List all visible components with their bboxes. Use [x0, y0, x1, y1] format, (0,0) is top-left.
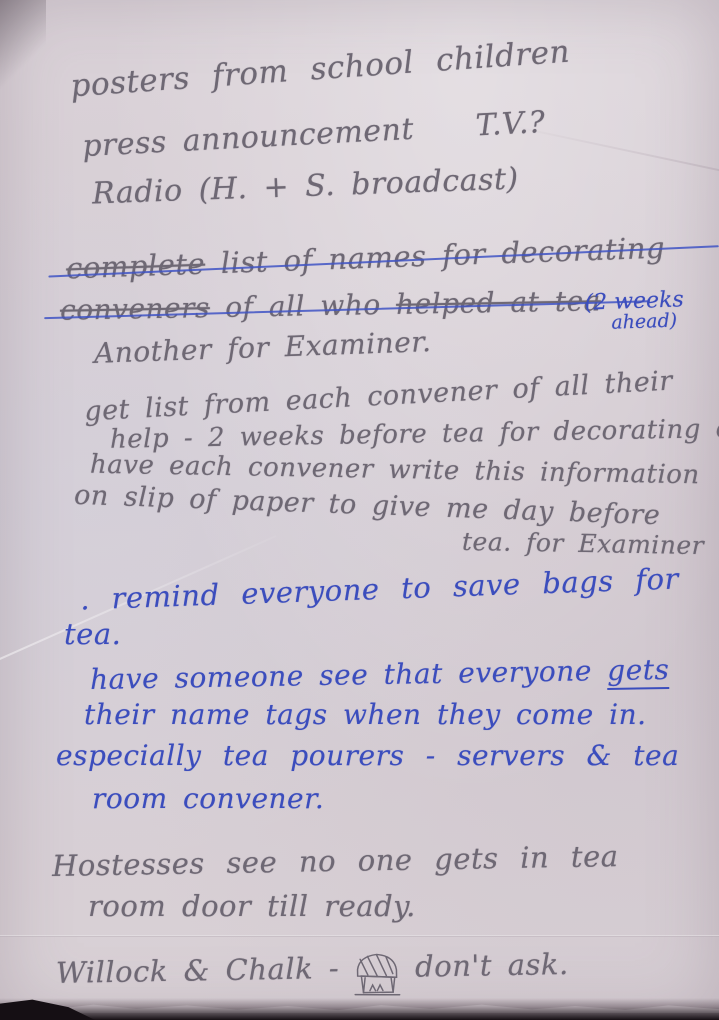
line-especially-tea-pourers: especially tea pourers - servers & tea — [56, 741, 679, 772]
words-helped-at-tea: helped at tea — [396, 284, 601, 321]
middle-text: of all who — [210, 288, 397, 324]
line-text: have someone see that everyone — [90, 654, 608, 696]
ink-strikethrough: complete list of names for decorating — [66, 233, 666, 286]
line-name-tags: their name tags when they come in. — [84, 700, 647, 731]
line-press-announcement: press announcementT.V.? — [81, 106, 546, 163]
line-complete-list-struck: complete list of names for decorating — [66, 233, 666, 286]
line-room-door: room door till ready. — [88, 891, 416, 923]
line-conveners-struck: conveners of all who helped at tea — [60, 286, 601, 326]
word-complete: complete — [66, 247, 206, 286]
line-posters: posters from school children — [69, 35, 571, 104]
line-on-slip-of-paper: on slip of paper to give me day before — [74, 481, 661, 531]
line-press-text: press announcement — [81, 112, 414, 164]
line-another-for-examiner: Another for Examiner. — [94, 327, 432, 370]
underlined-word-gets: gets — [607, 653, 670, 690]
line-tea-for-examiner: tea. for Examiner — [462, 528, 705, 560]
ink-note-line2: ahead) — [611, 311, 685, 333]
ink-strikethrough: conveners of all who helped at tea — [60, 286, 601, 326]
note-paper: posters from school children press annou… — [0, 0, 719, 1020]
dont-ask-text: don't ask. — [415, 947, 569, 984]
line-tea: tea. — [64, 619, 121, 651]
rest-of-line: list of names for decorating — [205, 231, 666, 281]
line-willock-chalk: Willock & Chalk - don't ask. — [56, 938, 570, 1004]
line-radio-broadcast: Radio (H. + S. broadcast) — [92, 163, 520, 211]
word-conveners: conveners — [60, 291, 210, 327]
line-room-convener: room convener. — [92, 784, 324, 815]
two-weeks-ahead-ink-note: (2 weeks ahead) — [584, 289, 684, 333]
tv-side-note: T.V.? — [475, 106, 546, 143]
scan-bottom-shadow — [0, 998, 719, 1020]
line-hostesses: Hostesses see no one gets in tea — [52, 841, 619, 883]
line-have-someone-see: have someone see that everyone gets — [90, 655, 670, 696]
paper-crease — [0, 935, 719, 937]
corner-shading — [0, 0, 46, 100]
line-remind-everyone: . remind everyone to save bags for — [80, 564, 680, 617]
willock-text: Willock & Chalk - — [56, 951, 340, 990]
